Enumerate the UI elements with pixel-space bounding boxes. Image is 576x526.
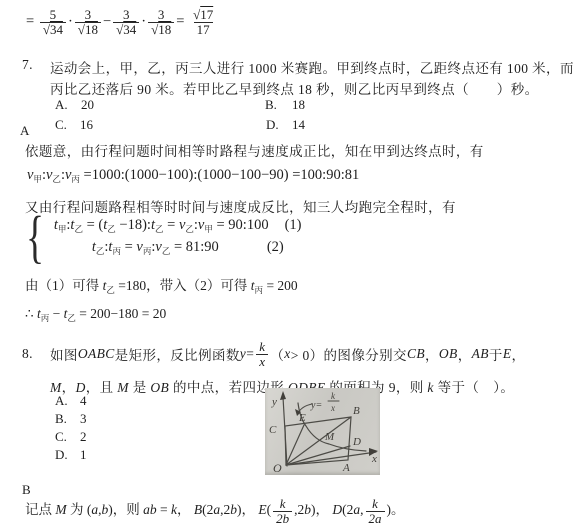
question-8-text-line1: 如图 OABC 是矩形，反比例函数 y = kx（x > 0）的图像分别交 CB… (50, 339, 525, 369)
q8-option-a-value: 4 (80, 393, 87, 409)
label-func-numerator: k (331, 391, 336, 401)
equation-system-line-2: t乙:t丙 = v丙:v乙 = 81:90(2) (92, 239, 302, 257)
equation-velocity-ratio: v甲:v乙:v丙 =1000:(1000−100):(1000−100−90) … (27, 167, 359, 185)
label-B: B (353, 405, 360, 417)
label-func-denominator: x (330, 403, 335, 413)
q8-option-b-value: 3 (80, 411, 87, 427)
q7-option-d-label: D. (266, 117, 279, 133)
system-brace: { (26, 213, 44, 261)
label-x: x (371, 453, 377, 465)
question-7-text-line2: 丙比乙还落后 90 米。若甲比乙早到终点 18 秒，则乙比丙早到终点（ ）秒。 (50, 78, 539, 98)
geometry-figure: y x O C E B M D A y= k x (265, 388, 380, 475)
q8-option-c-label: C. (55, 429, 67, 445)
question-8-number: 8. (22, 346, 33, 362)
x-axis-line (286, 452, 376, 465)
q8-option-a-label: A. (55, 393, 68, 409)
equation-final-points: 记点 M 为 (a,b)，则 ab = k， B(2a,2b)， E(k2b,2… (25, 497, 405, 525)
label-O: O (273, 461, 282, 475)
q7-option-a-label: A. (55, 97, 68, 113)
q7-option-c-value: 16 (80, 117, 93, 133)
equation-derive-2: ∴ t丙 − t乙 = 200−180 = 20 (25, 306, 166, 324)
figure-svg: y x O C E B M D A y= k x (265, 388, 380, 475)
solution7-intro-1: 依题意，由行程问题时间相等时路程与速度成正比，知在甲到达终点时，有 (25, 140, 484, 160)
document-page: { "page": {"background":"#ffffff","text_… (0, 0, 576, 526)
label-y: y (271, 396, 277, 408)
q7-answer: A (20, 123, 29, 139)
label-E: E (298, 412, 306, 424)
q8-answer: B (22, 482, 31, 498)
label-C: C (269, 424, 277, 436)
y-axis-arrowhead (280, 391, 286, 400)
q7-option-d-value: 14 (292, 117, 305, 133)
equation-system-line-1: t甲:t乙 = (t乙 −18):t乙 = v乙:v甲 = 90:100(1) (54, 217, 302, 235)
q8-option-b-label: B. (55, 411, 67, 427)
label-M: M (324, 431, 335, 443)
equation-system: { t甲:t乙 = (t乙 −18):t乙 = v乙:v甲 = 90:100(1… (26, 213, 302, 261)
q7-option-b-label: B. (265, 97, 277, 113)
label-D: D (352, 436, 361, 448)
equation-top: = 5√34·3√18−3√34·3√18= √1717 (26, 8, 218, 36)
q8-option-c-value: 2 (80, 429, 87, 445)
q8-option-d-value: 1 (80, 447, 87, 463)
q7-option-a-value: 20 (81, 97, 94, 113)
q8-option-d-label: D. (55, 447, 68, 463)
label-func-prefix: y= (310, 400, 322, 411)
q7-option-b-value: 18 (292, 97, 305, 113)
q7-option-c-label: C. (55, 117, 67, 133)
question-7-number: 7. (22, 57, 33, 73)
equation-derive-1: 由（1）可得 t乙 =180，带入（2）可得 t丙 = 200 (25, 274, 298, 296)
question-7-text-line1: 运动会上，甲，乙，丙三人进行 1000 米赛跑。甲到终点时，乙距终点还有 100… (50, 57, 574, 77)
label-A: A (342, 462, 350, 474)
